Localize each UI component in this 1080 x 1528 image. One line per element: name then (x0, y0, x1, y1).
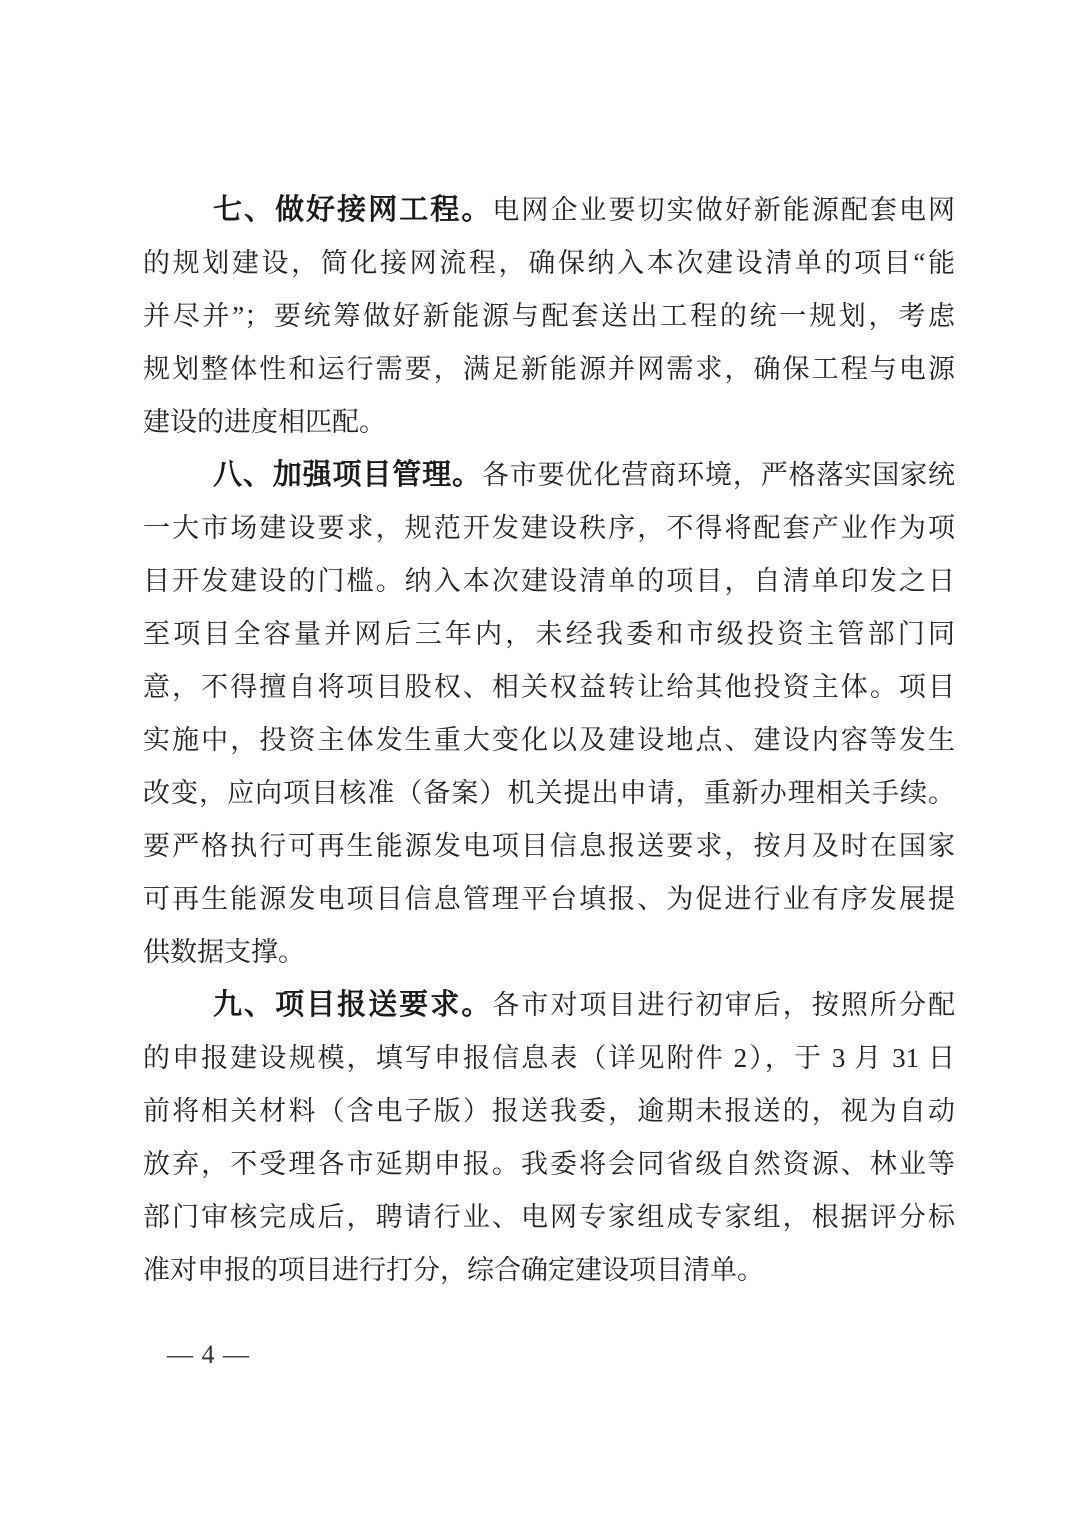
line-text: 一大市场建设要求，规范开发建设秩序，不得将配套产业作为项 (143, 513, 955, 543)
line-text: 意，不得擅自将项目股权、相关权益转让给其他投资主体。项目 (143, 672, 955, 702)
line-text: 可再生能源发电项目信息管理平台填报、为促进行业有序发展提 (143, 884, 955, 914)
text-line: 意，不得擅自将项目股权、相关权益转让给其他投资主体。项目 (143, 661, 955, 714)
line-text: 各市对项目进行初审后，按照所分配 (492, 990, 955, 1020)
text-line: 供数据支撑。 (143, 926, 955, 979)
text-line: 准对申报的项目进行打分，综合确定建设项目清单。 (143, 1244, 955, 1297)
page-number: — 4 — (167, 1340, 250, 1369)
text-line: 要严格执行可再生能源发电项目信息报送要求，按月及时在国家 (143, 820, 955, 873)
line-text: 电网企业要切实做好新能源配套电网 (492, 195, 955, 225)
line-text: 规划整体性和运行需要，满足新能源并网需求，确保工程与电源 (143, 354, 955, 384)
text-line: 建设的进度相匹配。 (143, 396, 955, 449)
page-footer: — 4 — (167, 1340, 250, 1370)
text-line: 放弃，不受理各市延期申报。我委将会同省级自然资源、林业等 (143, 1138, 955, 1191)
line-text: 并尽并”；要统筹做好新能源与配套送出工程的统一规划，考虑 (143, 301, 955, 331)
line-text: 实施中，投资主体发生重大变化以及建设地点、建设内容等发生 (143, 725, 955, 755)
text-line: 可再生能源发电项目信息管理平台填报、为促进行业有序发展提 (143, 873, 955, 926)
section-heading-7: 七、做好接网工程。 (213, 194, 492, 226)
text-line: 规划整体性和运行需要，满足新能源并网需求，确保工程与电源 (143, 343, 955, 396)
text-line: 并尽并”；要统筹做好新能源与配套送出工程的统一规划，考虑 (143, 290, 955, 343)
line-text: 各市要优化营商环境，严格落实国家统 (482, 460, 955, 490)
line-text: 部门审核完成后，聘请行业、电网专家组成专家组，根据评分标 (143, 1202, 955, 1232)
text-line: 部门审核完成后，聘请行业、电网专家组成专家组，根据评分标 (143, 1191, 955, 1244)
text-line: 前将相关材料（含电子版）报送我委，逾期未报送的，视为自动 (143, 1085, 955, 1138)
text-line: 八、加强项目管理。各市要优化营商环境，严格落实国家统 (143, 449, 955, 502)
document-body: 七、做好接网工程。电网企业要切实做好新能源配套电网 的规划建设，简化接网流程，确… (143, 184, 955, 1297)
line-text: 目开发建设的门槛。纳入本次建设清单的项目，自清单印发之日 (143, 566, 955, 596)
text-line: 实施中，投资主体发生重大变化以及建设地点、建设内容等发生 (143, 714, 955, 767)
line-text: 的申报建设规模，填写申报信息表（详见附件 2），于 3 月 31 日 (143, 1043, 955, 1073)
line-text: 改变，应向项目核准（备案）机关提出申请，重新办理相关手续。 (143, 778, 955, 808)
text-line: 一大市场建设要求，规范开发建设秩序，不得将配套产业作为项 (143, 502, 955, 555)
text-line: 九、项目报送要求。各市对项目进行初审后，按照所分配 (143, 979, 955, 1032)
section-heading-8: 八、加强项目管理。 (213, 459, 482, 491)
line-text: 至项目全容量并网后三年内，未经我委和市级投资主管部门同 (143, 619, 955, 649)
text-line: 改变，应向项目核准（备案）机关提出申请，重新办理相关手续。 (143, 767, 955, 820)
text-line: 目开发建设的门槛。纳入本次建设清单的项目，自清单印发之日 (143, 555, 955, 608)
line-text: 准对申报的项目进行打分，综合确定建设项目清单。 (143, 1255, 764, 1285)
text-line: 至项目全容量并网后三年内，未经我委和市级投资主管部门同 (143, 608, 955, 661)
document-page: 七、做好接网工程。电网企业要切实做好新能源配套电网 的规划建设，简化接网流程，确… (0, 0, 1080, 1528)
text-line: 的规划建设，简化接网流程，确保纳入本次建设清单的项目“能 (143, 237, 955, 290)
line-text: 供数据支撑。 (143, 937, 305, 967)
line-text: 放弃，不受理各市延期申报。我委将会同省级自然资源、林业等 (143, 1149, 955, 1179)
line-text: 前将相关材料（含电子版）报送我委，逾期未报送的，视为自动 (143, 1096, 955, 1126)
line-text: 的规划建设，简化接网流程，确保纳入本次建设清单的项目“能 (143, 248, 955, 278)
text-line: 的申报建设规模，填写申报信息表（详见附件 2），于 3 月 31 日 (143, 1032, 955, 1085)
line-text: 要严格执行可再生能源发电项目信息报送要求，按月及时在国家 (143, 831, 955, 861)
text-line: 七、做好接网工程。电网企业要切实做好新能源配套电网 (143, 184, 955, 237)
section-heading-9: 九、项目报送要求。 (213, 989, 492, 1021)
line-text: 建设的进度相匹配。 (143, 407, 386, 437)
